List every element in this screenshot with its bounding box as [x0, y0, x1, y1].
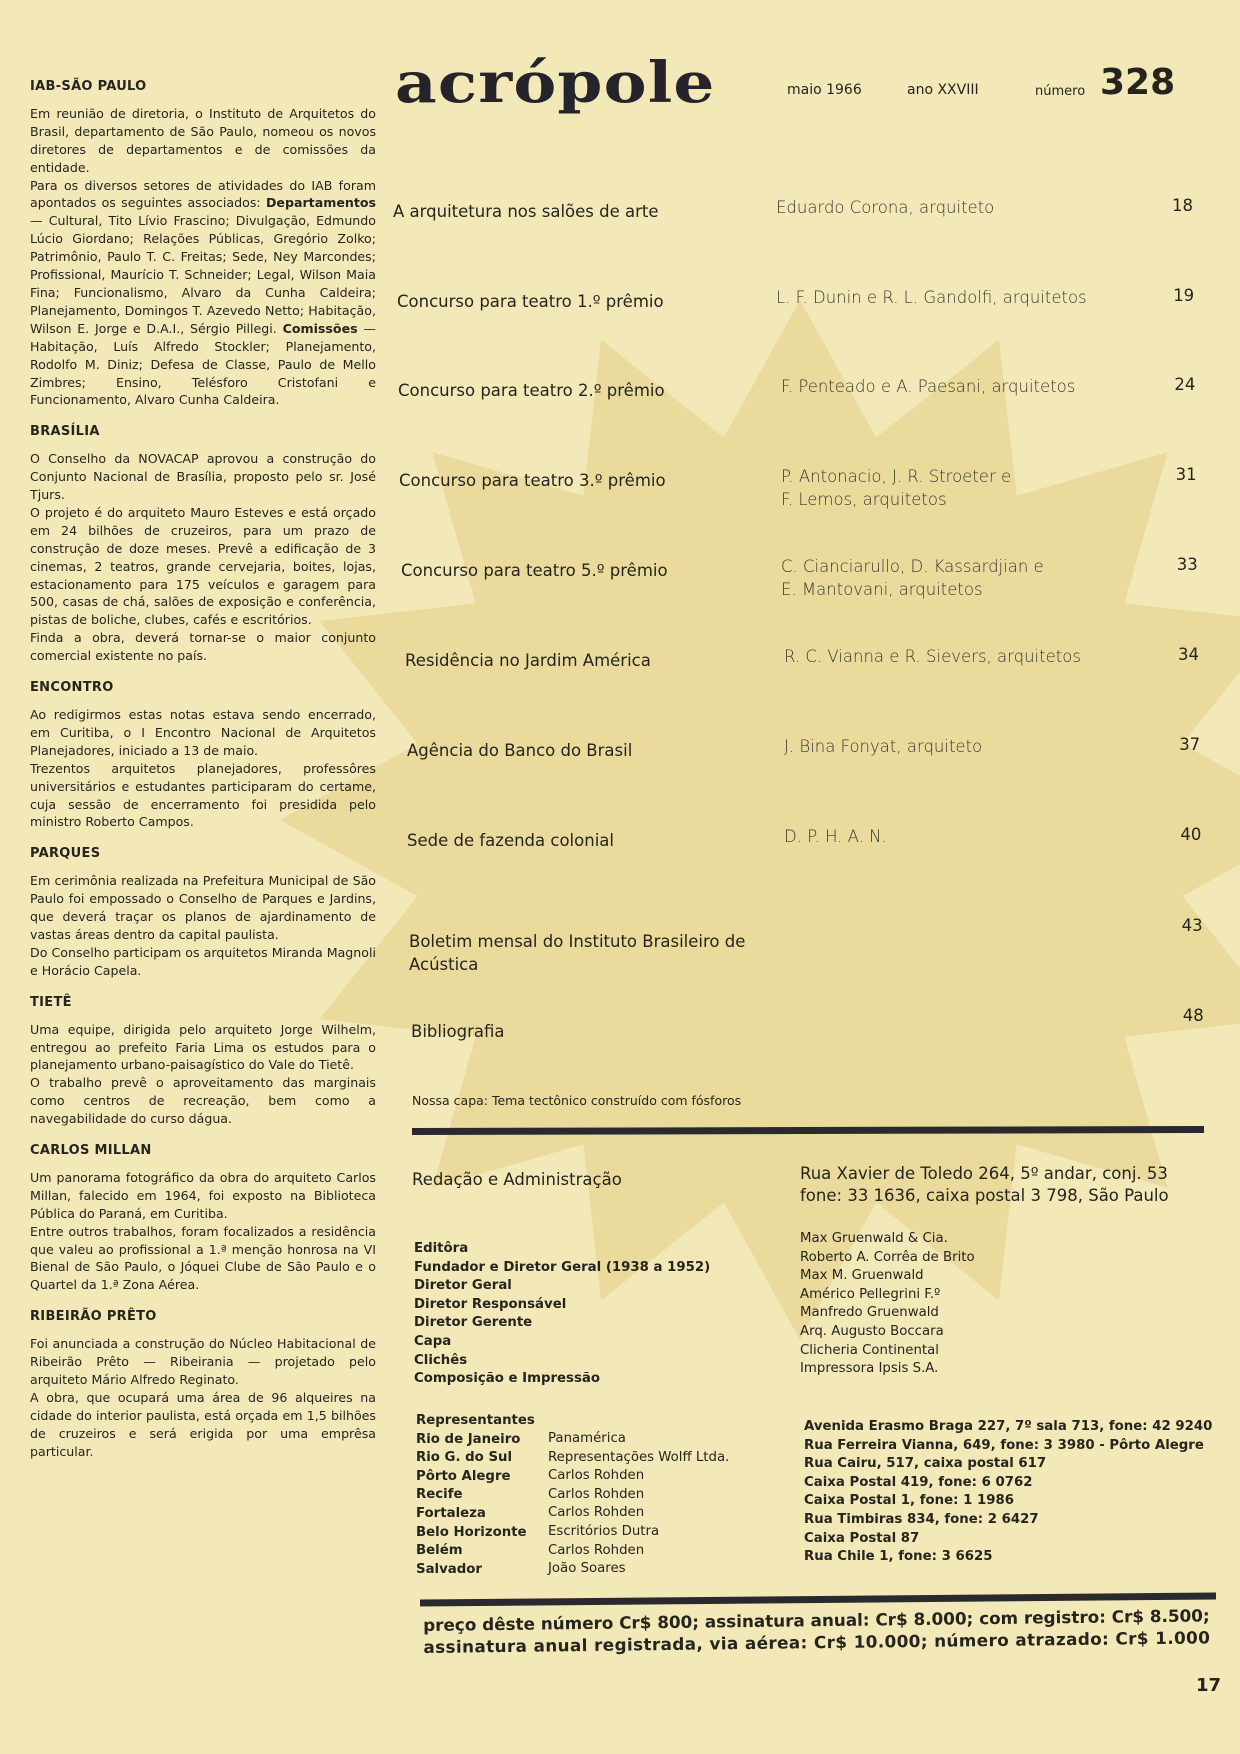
news-heading: CARLOS MILLAN	[30, 1142, 376, 1160]
magazine-logo: acrópole	[395, 50, 715, 116]
staff-name: Arq. Augusto Boccara	[800, 1323, 975, 1342]
representatives-heading: Representantes	[416, 1412, 535, 1431]
issue-number-label: número	[1035, 84, 1085, 99]
representative-city: Salvador	[416, 1561, 535, 1580]
toc-author: Eduardo Corona, arquiteto	[776, 196, 1146, 219]
representative-address: Rua Chile 1, fone: 3 6625	[804, 1548, 1212, 1567]
representative-address: Caixa Postal 419, fone: 6 0762	[804, 1474, 1212, 1493]
representative-city: Rio de Janeiro	[416, 1431, 535, 1450]
news-heading: IAB-SÃO PAULO	[30, 78, 376, 96]
issue-year: ano XXVIII	[907, 82, 979, 98]
staff-role: Composição e Impressão	[414, 1370, 710, 1389]
news-paragraph: Um panorama fotográfico da obra do arqui…	[30, 1169, 376, 1223]
staff-role: Diretor Gerente	[414, 1314, 710, 1333]
cover-caption: Nossa capa: Tema tectônico construído co…	[412, 1093, 741, 1108]
representative-agent: Representações Wolff Ltda.	[548, 1449, 729, 1468]
news-column: IAB-SÃO PAULO Em reunião de diretoria, o…	[30, 78, 376, 1475]
news-heading: BRASÍLIA	[30, 423, 376, 441]
news-iab-sao-paulo: IAB-SÃO PAULO Em reunião de diretoria, o…	[30, 78, 376, 409]
news-paragraph: A obra, que ocupará uma área de 96 alque…	[30, 1389, 376, 1461]
news-tiete: TIETÊ Uma equipe, dirigida pelo arquitet…	[30, 994, 376, 1128]
news-carlos-millan: CARLOS MILLAN Um panorama fotográfico da…	[30, 1142, 376, 1294]
redacao-label: Redação e Administração	[412, 1170, 622, 1189]
representative-address: Caixa Postal 87	[804, 1530, 1212, 1549]
news-paragraph: Entre outros trabalhos, foram focalizado…	[30, 1223, 376, 1295]
toc-title: Agência do Banco do Brasil	[407, 739, 787, 762]
toc-author: C. Cianciarullo, D. Kassardjian e E. Man…	[781, 555, 1151, 601]
toc-page-number: 43	[1163, 914, 1203, 937]
staff-role: Capa	[414, 1333, 710, 1352]
news-paragraph: Para os diversos setores de atividades d…	[30, 177, 376, 410]
news-bold: Departamentos	[266, 195, 376, 210]
page-number: 17	[1196, 1675, 1221, 1696]
representative-agent: Panamérica	[548, 1430, 729, 1449]
toc-title: Bibliografia	[411, 1020, 791, 1043]
toc-title: Concurso para teatro 3.º prêmio	[399, 469, 779, 492]
news-encontro: ENCONTRO Ao redigirmos estas notas estav…	[30, 679, 376, 831]
staff-role: Diretor Responsável	[414, 1296, 710, 1315]
toc-author: F. Penteado e A. Paesani, arquitetos	[781, 375, 1151, 398]
issue-date: maio 1966	[787, 82, 862, 98]
staff-role: Fundador e Diretor Geral (1938 a 1952)	[414, 1259, 710, 1278]
news-bold: Comissões	[283, 321, 358, 336]
news-paragraph: Finda a obra, deverá tornar-se o maior c…	[30, 629, 376, 665]
news-paragraph: Foi anunciada a construção do Núcleo Hab…	[30, 1335, 376, 1389]
news-paragraph: O projeto é do arquiteto Mauro Esteves e…	[30, 504, 376, 629]
toc-page-number: 18	[1153, 194, 1193, 217]
news-heading: TIETÊ	[30, 994, 376, 1012]
representative-city: Fortaleza	[416, 1505, 535, 1524]
staff-names-list: Max Gruenwald & Cia.Roberto A. Corrêa de…	[800, 1230, 975, 1379]
toc-author: R. C. Vianna e R. Sievers, arquitetos	[784, 645, 1154, 668]
representative-address: Rua Timbiras 834, fone: 2 6427	[804, 1511, 1212, 1530]
toc-title: Concurso para teatro 5.º prêmio	[401, 559, 781, 582]
staff-name: Clicheria Continental	[800, 1342, 975, 1361]
news-heading: RIBEIRÃO PRÊTO	[30, 1308, 376, 1326]
masthead: acrópole maio 1966 ano XXVIII número 328	[395, 58, 1195, 114]
staff-role: Editôra	[414, 1240, 710, 1259]
staff-name: Max M. Gruenwald	[800, 1267, 975, 1286]
news-paragraph: Ao redigirmos estas notas estava sendo e…	[30, 706, 376, 760]
redacao-address: Rua Xavier de Toledo 264, 5º andar, conj…	[800, 1163, 1169, 1207]
news-paragraph: Trezentos arquitetos planejadores, profe…	[30, 760, 376, 832]
news-paragraph: Em cerimônia realizada na Prefeitura Mun…	[30, 872, 376, 944]
toc-title: Residência no Jardim América	[405, 649, 785, 672]
news-text: — Cultural, Tito Lívio Frascino; Divulga…	[30, 213, 376, 335]
representative-agent: Escritórios Dutra	[548, 1523, 729, 1542]
news-paragraph: Uma equipe, dirigida pelo arquiteto Jorg…	[30, 1021, 376, 1075]
representative-city: Belo Horizonte	[416, 1524, 535, 1543]
toc-title: Concurso para teatro 2.º prêmio	[398, 379, 778, 402]
news-paragraph: Em reunião de diretoria, o Instituto de …	[30, 105, 376, 177]
representative-agent: João Soares	[548, 1560, 729, 1579]
representative-agent: Carlos Rohden	[548, 1504, 729, 1523]
toc-page-number: 31	[1157, 463, 1197, 486]
toc-page-number: 24	[1155, 373, 1195, 396]
toc-title: Sede de fazenda colonial	[407, 829, 787, 852]
address-line: Rua Xavier de Toledo 264, 5º andar, conj…	[800, 1163, 1169, 1185]
representative-city: Belém	[416, 1542, 535, 1561]
representative-city: Rio G. do Sul	[416, 1449, 535, 1468]
toc-page-number: 33	[1158, 553, 1198, 576]
representatives-addresses: Avenida Erasmo Braga 227, 7º sala 713, f…	[804, 1418, 1212, 1567]
news-heading: PARQUES	[30, 845, 376, 863]
issue-number: 328	[1100, 62, 1175, 103]
toc-title: Boletim mensal do Instituto Brasileiro d…	[409, 930, 789, 976]
representatives-cities: Representantes Rio de JaneiroRio G. do S…	[416, 1412, 535, 1579]
toc-author: L. F. Dunin e R. L. Gandolfi, arquitetos	[776, 286, 1146, 309]
representatives-agents: PanaméricaRepresentações Wolff Ltda.Carl…	[548, 1430, 729, 1579]
staff-role: Clichês	[414, 1352, 710, 1371]
staff-name: Manfredo Gruenwald	[800, 1304, 975, 1323]
staff-role: Diretor Geral	[414, 1277, 710, 1296]
toc-page-number: 40	[1161, 823, 1201, 846]
staff-name: Max Gruenwald & Cia.	[800, 1230, 975, 1249]
representative-agent: Carlos Rohden	[548, 1542, 729, 1561]
news-heading: ENCONTRO	[30, 679, 376, 697]
toc-author: J. Bina Fonyat, arquiteto	[784, 735, 1154, 758]
toc-page-number: 19	[1154, 284, 1194, 307]
toc-page-number: 34	[1159, 643, 1199, 666]
representative-agent: Carlos Rohden	[548, 1486, 729, 1505]
representative-address: Caixa Postal 1, fone: 1 1986	[804, 1492, 1212, 1511]
staff-name: Impressora Ipsis S.A.	[800, 1360, 975, 1379]
toc-author: P. Antonacio, J. R. Stroeter e F. Lemos,…	[781, 465, 1151, 511]
representative-agent: Carlos Rohden	[548, 1467, 729, 1486]
representative-city: Pôrto Alegre	[416, 1468, 535, 1487]
news-paragraph: O Conselho da NOVACAP aprovou a construç…	[30, 450, 376, 504]
toc-page-number: 37	[1160, 733, 1200, 756]
news-brasilia: BRASÍLIA O Conselho da NOVACAP aprovou a…	[30, 423, 376, 665]
toc-title: Concurso para teatro 1.º prêmio	[397, 290, 777, 313]
news-paragraph: Do Conselho participam os arquitetos Mir…	[30, 944, 376, 980]
news-parques: PARQUES Em cerimônia realizada na Prefei…	[30, 845, 376, 979]
representative-address: Rua Cairu, 517, caixa postal 617	[804, 1455, 1212, 1474]
toc-title: A arquitetura nos salões de arte	[393, 200, 773, 223]
staff-name: Américo Pellegrini F.º	[800, 1286, 975, 1305]
news-paragraph: O trabalho prevê o aproveitamento das ma…	[30, 1074, 376, 1128]
representative-city: Recife	[416, 1486, 535, 1505]
staff-roles-list: EditôraFundador e Diretor Geral (1938 a …	[414, 1240, 710, 1389]
representative-address: Avenida Erasmo Braga 227, 7º sala 713, f…	[804, 1418, 1212, 1437]
staff-name: Roberto A. Corrêa de Brito	[800, 1249, 975, 1268]
address-line: fone: 33 1636, caixa postal 3 798, São P…	[800, 1185, 1169, 1207]
representative-address: Rua Ferreira Vianna, 649, fone: 3 3980 -…	[804, 1437, 1212, 1456]
toc-author: D. P. H. A. N.	[784, 825, 1154, 848]
toc-page-number: 48	[1164, 1004, 1204, 1027]
news-ribeirao-preto: RIBEIRÃO PRÊTO Foi anunciada a construçã…	[30, 1308, 376, 1460]
